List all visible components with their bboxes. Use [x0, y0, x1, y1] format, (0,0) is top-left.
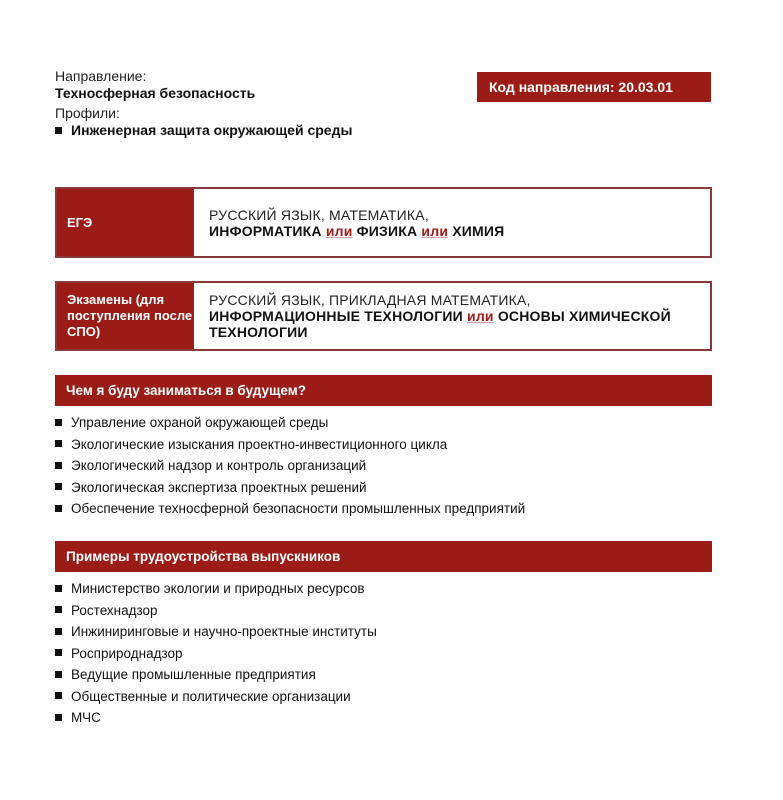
bullet-icon [55, 462, 62, 469]
bullet-icon [55, 628, 62, 635]
subjects-line2: ИНФОРМАТИКА или ФИЗИКА или ХИМИЯ [209, 223, 710, 239]
bullet-icon [55, 714, 62, 721]
bullet-icon [55, 671, 62, 678]
subjects-line1: РУССКИЙ ЯЗЫК, ПРИКЛАДНАЯ МАТЕМАТИКА, [209, 292, 710, 308]
item-text: Общественные и политические организации [71, 689, 351, 704]
exam-subjects: РУССКИЙ ЯЗЫК, МАТЕМАТИКА, ИНФОРМАТИКА ил… [194, 189, 710, 256]
item-text: Ростехнадзор [71, 603, 158, 618]
list-item: МЧС [55, 707, 377, 729]
or-connector: или [421, 223, 448, 239]
direction-label: Направление: [55, 68, 146, 84]
employment-list: Министерство экологии и природных ресурс… [55, 578, 377, 729]
list-item: Экологический надзор и контроль организа… [55, 455, 525, 477]
list-item: Экологическая экспертиза проектных решен… [55, 477, 525, 499]
profile-item: Инженерная защита окружающей среды [55, 122, 352, 138]
list-item: Экологические изыскания проектно-инвести… [55, 434, 525, 456]
item-text: Экологическая экспертиза проектных решен… [71, 480, 367, 495]
exam-subjects: РУССКИЙ ЯЗЫК, ПРИКЛАДНАЯ МАТЕМАТИКА, ИНФ… [194, 283, 710, 349]
list-item: Ведущие промышленные предприятия [55, 664, 377, 686]
bullet-icon [55, 419, 62, 426]
list-item: Министерство экологии и природных ресурс… [55, 578, 377, 600]
item-text: Экологические изыскания проектно-инвести… [71, 437, 447, 452]
bullet-icon [55, 585, 62, 592]
item-text: Инжиниринговые и научно-проектные инстит… [71, 624, 377, 639]
bullet-icon [55, 505, 62, 512]
exam-box-spo: Экзамены (для поступления после СПО) РУС… [55, 281, 712, 351]
item-text: Обеспечение техносферной безопасности пр… [71, 501, 525, 516]
future-list: Управление охраной окружающей среды Экол… [55, 412, 525, 520]
list-item: Обеспечение техносферной безопасности пр… [55, 498, 525, 520]
or-connector: или [326, 223, 353, 239]
bullet-icon [55, 483, 62, 490]
subject: ИНФОРМАТИКА [209, 223, 322, 239]
bullet-icon [55, 440, 62, 447]
future-section-header: Чем я буду заниматься в будущем? [55, 375, 712, 406]
list-item: Ростехнадзор [55, 600, 377, 622]
profiles-label: Профили: [55, 105, 120, 121]
exam-box-ege: ЕГЭ РУССКИЙ ЯЗЫК, МАТЕМАТИКА, ИНФОРМАТИК… [55, 187, 712, 258]
list-item: Общественные и политические организации [55, 686, 377, 708]
bullet-icon [55, 127, 62, 134]
exam-label: ЕГЭ [57, 189, 194, 256]
item-text: Росприроднадзор [71, 646, 183, 661]
subject: ИНФОРМАЦИОННЫЕ ТЕХНОЛОГИИ [209, 308, 463, 324]
item-text: Экологический надзор и контроль организа… [71, 458, 366, 473]
item-text: Управление охраной окружающей среды [71, 415, 328, 430]
list-item: Росприроднадзор [55, 643, 377, 665]
subjects-line2: ИНФОРМАЦИОННЫЕ ТЕХНОЛОГИИ или ОСНОВЫ ХИМ… [209, 308, 710, 340]
item-text: МЧС [71, 710, 101, 725]
list-item: Управление охраной окружающей среды [55, 412, 525, 434]
list-item: Инжиниринговые и научно-проектные инстит… [55, 621, 377, 643]
or-connector: или [467, 308, 494, 324]
bullet-icon [55, 606, 62, 613]
subjects-line1: РУССКИЙ ЯЗЫК, МАТЕМАТИКА, [209, 207, 710, 223]
profile-text: Инженерная защита окружающей среды [71, 122, 352, 138]
direction-value: Техносферная безопасность [55, 85, 255, 101]
employment-section-header: Примеры трудоустройства выпускников [55, 541, 712, 572]
subject: ФИЗИКА [357, 223, 418, 239]
bullet-icon [55, 649, 62, 656]
bullet-icon [55, 692, 62, 699]
item-text: Министерство экологии и природных ресурс… [71, 581, 365, 596]
code-badge: Код направления: 20.03.01 [477, 72, 711, 102]
item-text: Ведущие промышленные предприятия [71, 667, 316, 682]
exam-label: Экзамены (для поступления после СПО) [57, 283, 194, 349]
subject: ХИМИЯ [452, 223, 504, 239]
